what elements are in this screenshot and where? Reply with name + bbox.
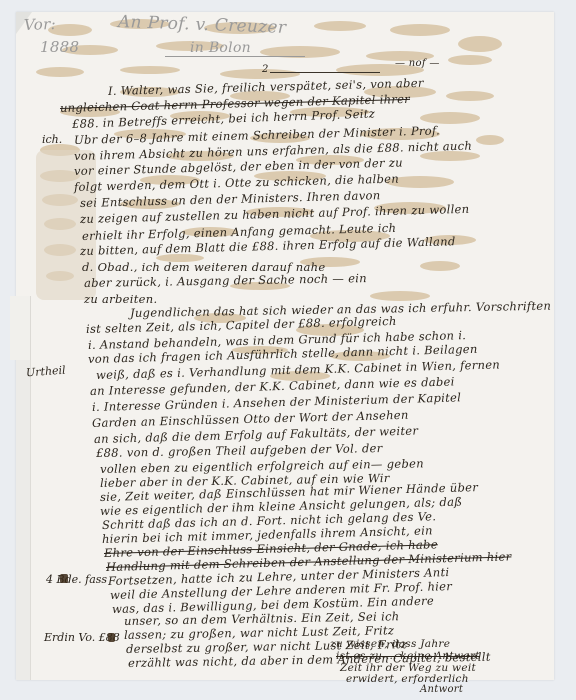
ink-blot <box>108 633 115 642</box>
margin-note-1: ich. <box>42 133 62 146</box>
section-mark: 2 <box>262 64 269 75</box>
pencil-underline <box>165 56 305 57</box>
section-rule <box>270 72 380 73</box>
margin-note-2: Urtheil <box>26 364 66 380</box>
body-line-14: zu arbeiten. <box>84 292 157 306</box>
closing-line-5: Antwort <box>420 684 463 695</box>
pencil-heading-left: Vor: <box>24 15 57 34</box>
pencil-heading-year: 1888 <box>40 38 79 56</box>
pencil-heading-subtitle: in Bolon <box>190 40 251 56</box>
closing-line-1: zu wissen, dass Jahre <box>330 638 450 650</box>
margin-note-3: 4 Bde. fass <box>46 573 107 586</box>
ink-blot <box>60 574 68 583</box>
paper-edge-strip <box>16 360 31 680</box>
closing-line-2: ist es zu ... keine Antwort <box>336 650 480 662</box>
top-right-mark: — nof — <box>395 58 440 69</box>
paper-edge-tab <box>10 296 31 360</box>
